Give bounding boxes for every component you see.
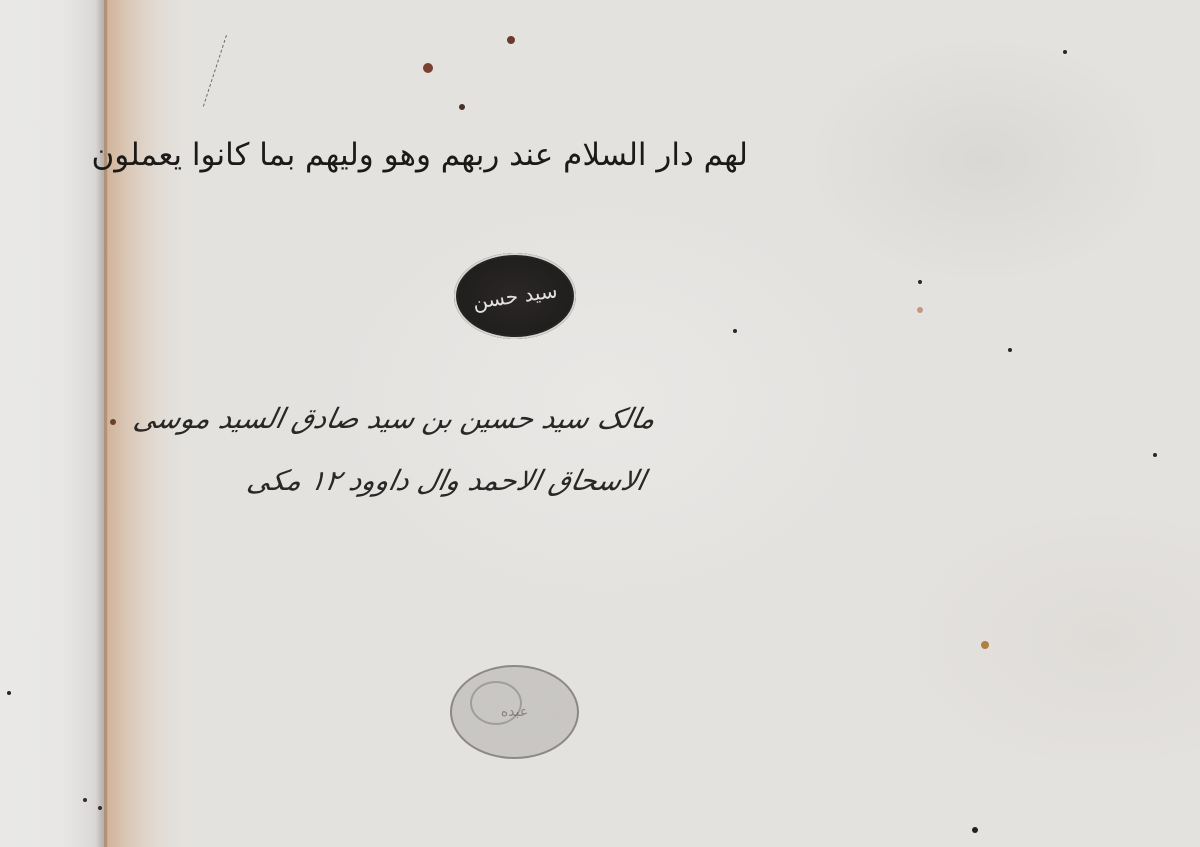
foxing-spot xyxy=(733,329,737,333)
foxing-spot xyxy=(972,827,978,833)
foxing-spot xyxy=(7,691,11,695)
seal-lower: عبده xyxy=(450,665,579,759)
quranic-verse: لهم دار السلام عند ربهم وهو وليهم بما كا… xyxy=(148,125,748,185)
foxing-spot xyxy=(110,419,116,425)
foxing-spot xyxy=(1063,50,1067,54)
foxing-spot xyxy=(459,104,465,110)
seal-upper-text: سید حسن xyxy=(454,253,576,339)
foxing-spot xyxy=(1008,348,1012,352)
seal-upper: سید حسن xyxy=(454,253,576,339)
ownership-note-line-1: مالک سید حسین بن سید صادق السید موسی xyxy=(278,388,661,450)
foxing-spot xyxy=(423,63,433,73)
ownership-note: مالک سید حسین بن سید صادق السید موسی الا… xyxy=(285,388,655,512)
foxing-spot xyxy=(918,280,922,284)
seal-lower-text: عبده xyxy=(452,667,577,757)
foxing-spot xyxy=(981,641,989,649)
foxing-spot xyxy=(1153,453,1157,457)
manuscript-photo: لهم دار السلام عند ربهم وهو وليهم بما كا… xyxy=(0,0,1200,847)
foxing-spot xyxy=(83,798,87,802)
foxing-spot xyxy=(98,806,102,810)
ownership-note-line-2: الاسحاق الاحمد وال داوود ۱۲ مکی xyxy=(278,450,661,512)
left-facing-leaf xyxy=(0,0,104,847)
foxing-spot xyxy=(917,307,923,313)
foxing-spot xyxy=(507,36,515,44)
